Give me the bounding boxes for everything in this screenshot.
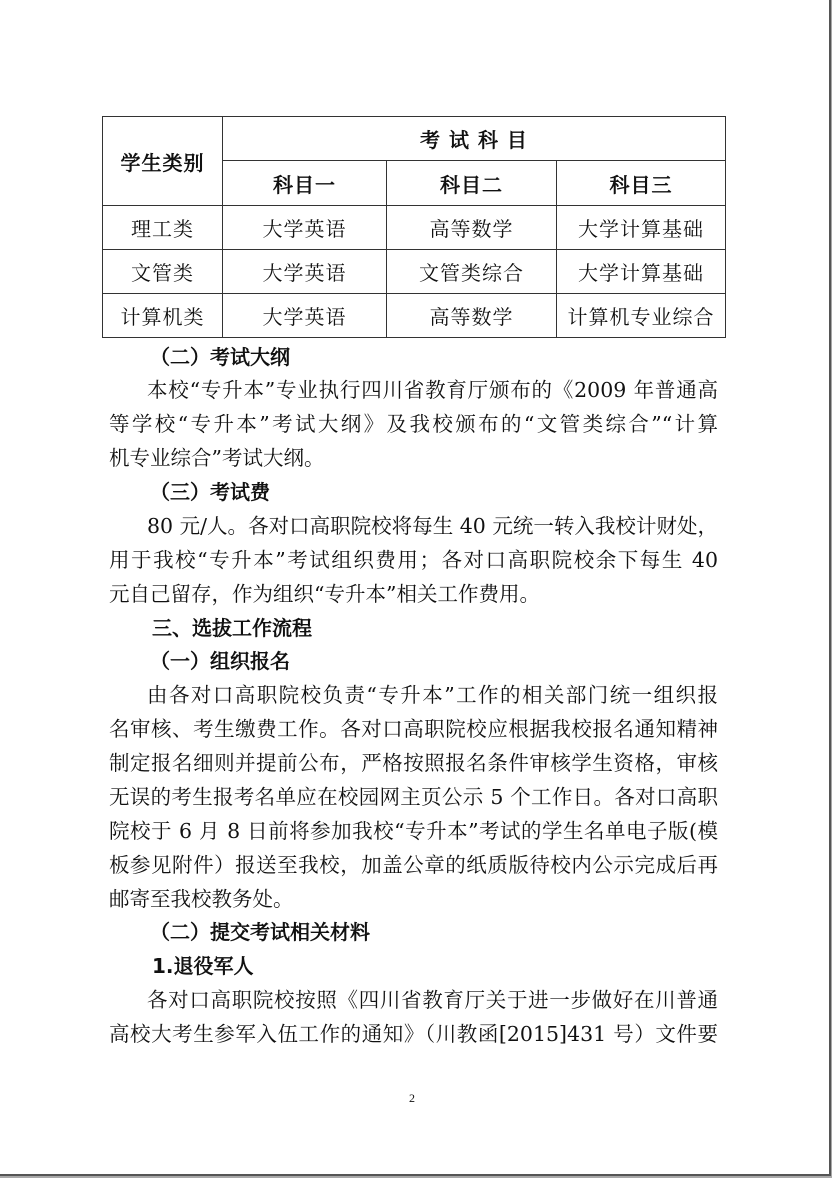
paragraph-line: 用于我校“专升本”考试组织费用；各对口高职院校余下每生 40 [109, 547, 718, 573]
section-heading-fee: （三）考试费 [150, 479, 759, 505]
paragraph-line: 名审核、考生缴费工作。各对口高职院校应根据我校报名通知精神 [109, 716, 718, 742]
paragraph-line: 由各对口高职院校负责“专升本”工作的相关部门统一组织报 [147, 682, 718, 708]
exam-subjects-header: 考 试 科 目 [223, 117, 726, 161]
subject-cell: 大学英语 [223, 294, 387, 338]
page-number: 2 [409, 1091, 415, 1106]
paragraph-line: 制定报名细则并提前公布，严格按照报名条件审核学生资格，审核 [109, 750, 718, 776]
paragraph-line: 等学校“专升本”考试大纲》及我校颁布的“文管类综合”“计算 [109, 411, 718, 437]
section-heading-syllabus: （二）考试大纲 [150, 344, 759, 370]
student-category-header: 学生类别 [103, 117, 223, 206]
paragraph-line: 元自己留存，作为组织“专升本”相关工作费用。 [109, 581, 718, 607]
exam-subjects-table: 学生类别 考 试 科 目 科目一 科目二 科目三 理工类 大学英语 高等数学 大… [102, 116, 726, 338]
subject-cell: 高等数学 [387, 206, 557, 250]
subsection-heading-veterans: 1.退役军人 [152, 953, 761, 979]
section-heading-registration: （一）组织报名 [150, 648, 759, 674]
paragraph-line: 80 元/人。各对口高职院校将每生 40 元统一转入我校计财处， [147, 513, 718, 539]
section-heading-process: 三、选拔工作流程 [152, 615, 761, 641]
paragraph-line: 本校“专升本”专业执行四川省教育厅颁布的《2009 年普通高 [147, 377, 718, 403]
table-header-row: 学生类别 考 试 科 目 [103, 117, 726, 161]
subject-cell: 大学英语 [223, 206, 387, 250]
table-row: 理工类 大学英语 高等数学 大学计算基础 [103, 206, 726, 250]
paragraph-line: 高校大考生参军入伍工作的通知》（川教函[2015]431 号）文件要 [109, 1021, 718, 1047]
subject-cell: 大学英语 [223, 250, 387, 294]
paragraph-line: 无误的考生报考名单应在校园网主页公示 5 个工作日。各对口高职 [109, 784, 718, 810]
subject-cell: 计算机专业综合 [557, 294, 726, 338]
subject-three-header: 科目三 [557, 161, 726, 206]
paragraph-line: 各对口高职院校按照《四川省教育厅关于进一步做好在川普通 [147, 987, 718, 1013]
subject-cell: 大学计算基础 [557, 250, 726, 294]
paragraph-line: 板参见附件）报送至我校，加盖公章的纸质版待校内公示完成后再 [109, 852, 718, 878]
paragraph-line: 邮寄至我校教务处。 [109, 886, 718, 912]
category-cell: 计算机类 [103, 294, 223, 338]
section-heading-materials: （二）提交考试相关材料 [150, 919, 759, 945]
document-page: 学生类别 考 试 科 目 科目一 科目二 科目三 理工类 大学英语 高等数学 大… [0, 0, 831, 1176]
paragraph-line: 机专业综合”考试大纲。 [109, 445, 718, 471]
table-row: 计算机类 大学英语 高等数学 计算机专业综合 [103, 294, 726, 338]
category-cell: 理工类 [103, 206, 223, 250]
subject-one-header: 科目一 [223, 161, 387, 206]
subject-cell: 高等数学 [387, 294, 557, 338]
subject-cell: 大学计算基础 [557, 206, 726, 250]
subject-cell: 文管类综合 [387, 250, 557, 294]
subject-two-header: 科目二 [387, 161, 557, 206]
category-cell: 文管类 [103, 250, 223, 294]
table-row: 文管类 大学英语 文管类综合 大学计算基础 [103, 250, 726, 294]
paragraph-line: 院校于 6 月 8 日前将参加我校“专升本”考试的学生名单电子版(模 [109, 818, 718, 844]
